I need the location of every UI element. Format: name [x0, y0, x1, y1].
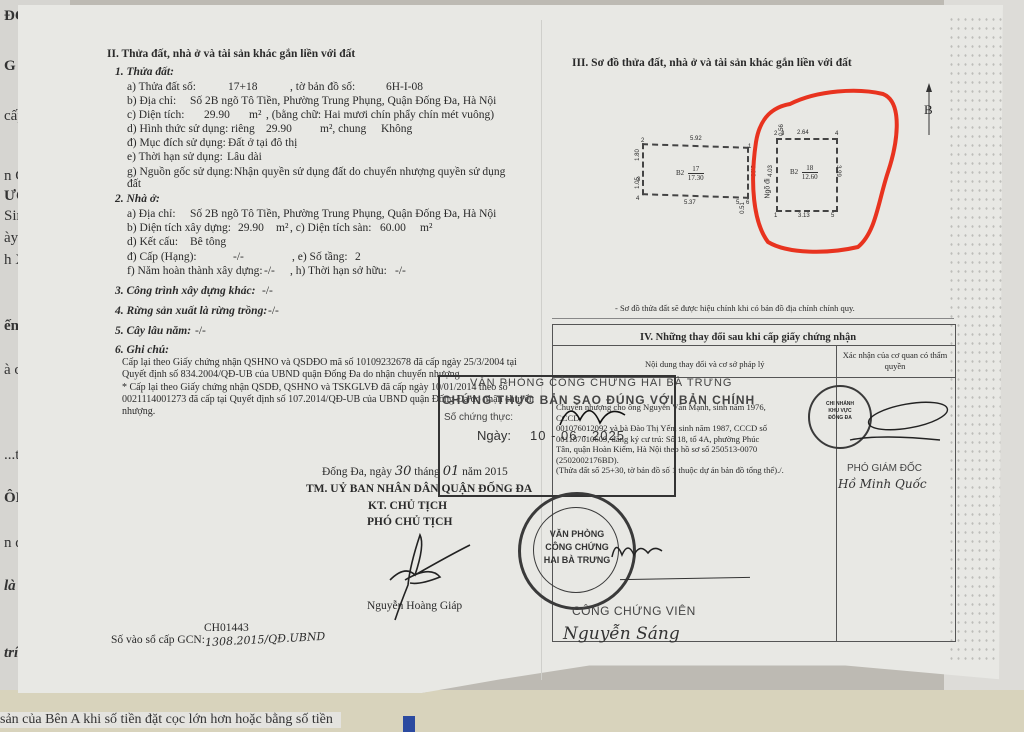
certification-stamp-header: VĂN PHÒNG CÔNG CHỨNG HAI BÀ TRƯNG — [470, 377, 732, 389]
floor-area-value: 60.00 — [380, 222, 406, 234]
copier-speckle — [948, 15, 1008, 665]
usage-shared-value: Không — [381, 123, 412, 135]
underlying-page-bottom-text: sản của Bên A khi số tiền đặt cọc lớn hơ… — [0, 712, 341, 728]
notes-line-1: Cấp lại theo Giấy chứng nhận QSHNO và QS… — [122, 357, 517, 368]
parcel-17-code: B2 — [676, 169, 684, 177]
floors-label: , e) Số tầng: — [292, 251, 348, 263]
forest-value: -/- — [268, 305, 279, 317]
certification-number-label: Số chứng thực: — [444, 412, 513, 423]
land-area-value: 29.90 — [204, 109, 230, 121]
other-construction-label: 3. Công trình xây dựng khác: — [115, 285, 255, 297]
divider — [552, 318, 954, 319]
house-address-value: Số 2B ngõ Tô Tiền, Phường Trung Phụng, Q… — [190, 208, 496, 220]
notes-heading: 6. Ghi chú: — [115, 344, 169, 356]
map-sheet-label: , tờ bản đồ số: — [290, 81, 355, 93]
parcel-17-bottom-dim: 5.37 — [684, 200, 696, 206]
fragment: G — [4, 58, 16, 75]
usage-private-value: 29.90 — [266, 123, 292, 135]
parcel-17-left-upper-dim: 1.80 — [635, 149, 641, 161]
build-area-unit: m² — [276, 222, 288, 234]
notes-line-5: nhượng. — [122, 406, 155, 417]
usage-purpose-label: đ) Mục đích sử dụng: — [127, 137, 226, 149]
approver-signature — [840, 400, 950, 450]
parcel-number-value: 17+18 — [228, 81, 258, 93]
parcel-17-top-dim: 5.92 — [690, 136, 702, 142]
certification-signature — [555, 395, 645, 435]
floors-value: 2 — [355, 251, 361, 263]
red-highlight-circle — [748, 82, 908, 257]
perennial-value: -/- — [195, 325, 206, 337]
map-sheet-value: 6H-I-08 — [386, 81, 423, 93]
approver-title: PHÓ GIÁM ĐỐC — [847, 463, 922, 474]
parcel-17-area: 17.30 — [688, 174, 704, 182]
origin-label: g) Nguồn gốc sử dụng: — [127, 166, 233, 178]
date-day: 30 — [395, 464, 412, 479]
grade-value: -/- — [233, 251, 244, 263]
build-area-value: 29.90 — [238, 222, 264, 234]
structure-value: Bê tông — [190, 236, 226, 248]
certification-date-label: Ngày: — [477, 428, 511, 443]
notary-signature — [608, 535, 668, 565]
forest-label: 4. Rừng sản xuất là rừng trồng: — [115, 305, 267, 317]
land-area-unit: m² — [249, 109, 261, 121]
parcel-17-label: B2 17 17.30 — [676, 165, 704, 182]
section-3-title: III. Sơ đồ thửa đất, nhà ở và tài sản kh… — [572, 57, 852, 69]
blue-folder-edge — [403, 716, 415, 732]
structure-label: d) Kết cấu: — [127, 236, 178, 248]
section-4-title: IV. Những thay đổi sau khi cấp giấy chứn… — [640, 332, 856, 343]
year-built-label: f) Năm hoàn thành xây dựng: — [127, 265, 263, 277]
grade-label: đ) Cấp (Hạng): — [127, 251, 197, 263]
registry-code: CH01443 — [204, 622, 249, 634]
parcel-17-corner-dim: 0.51 — [740, 202, 746, 214]
notary-seal-text: VĂN PHÒNG CÔNG CHỨNG HAI BÀ TRƯNG — [535, 528, 619, 567]
floor-area-unit: m² — [420, 222, 432, 234]
usage-purpose-value: Đất ở tại đô thị — [228, 137, 297, 149]
year-built-value: -/- — [264, 265, 275, 277]
date-month-label: tháng — [414, 466, 440, 478]
usage-shared-label: m², chung — [320, 123, 366, 135]
build-area-label: b) Diện tích xây dựng: — [127, 222, 231, 234]
notary-role: CÔNG CHỨNG VIÊN — [572, 604, 696, 618]
land-area-label: c) Diện tích: — [127, 109, 184, 121]
parcel-17-point-5: 5 — [736, 200, 739, 206]
parcel-17-point-3: 3 — [637, 177, 640, 183]
ownership-term-label: , h) Thời hạn sở hữu: — [290, 265, 387, 277]
signer-name: Nguyễn Hoàng Giáp — [367, 600, 462, 612]
diagram-footnote: - Sơ đồ thửa đất sẽ được hiệu chỉnh khi … — [615, 303, 855, 313]
approver-name: Hồ Minh Quốc — [838, 477, 927, 491]
usage-form-label: d) Hình thức sử dụng: riêng — [127, 123, 255, 135]
changes-col-confirm-header: Xác nhận của cơ quan có thẩm quyền — [840, 350, 950, 372]
other-construction-value: -/- — [262, 285, 273, 297]
land-address-label: b) Địa chỉ: — [127, 95, 176, 107]
usage-term-label: e) Thời hạn sử dụng: — [127, 151, 223, 163]
parcel-17-point-2: 2 — [641, 138, 644, 144]
north-label: B — [924, 102, 933, 118]
signer-role-1: KT. CHỦ TỊCH — [368, 500, 447, 512]
origin-value: Nhận quyền sử dụng đất do chuyển nhượng … — [234, 166, 505, 178]
date-prefix: Đống Đa, ngày — [322, 466, 392, 478]
seal-line: CÔNG CHỨNG — [535, 541, 619, 554]
ownership-term-value: -/- — [395, 265, 406, 277]
section-2-title: II. Thửa đất, nhà ở và tài sản khác gắn … — [107, 48, 355, 60]
floor-area-label: , c) Diện tích sàn: — [290, 222, 371, 234]
land-address-value: Số 2B ngõ Tô Tiền, Phường Trung Phụng, Q… — [190, 95, 496, 107]
land-heading: 1. Thửa đất: — [115, 66, 174, 78]
notary-name: Nguyễn Sáng — [563, 624, 680, 644]
parcel-17-number: 17 — [688, 165, 704, 174]
changes-col-content-header: Nội dung thay đổi và cơ sở pháp lý — [645, 359, 764, 369]
parcel-number-label: a) Thửa đất số: — [127, 81, 196, 93]
usage-term-value: Lâu dài — [227, 151, 262, 163]
origin-value-cont: đất — [127, 178, 141, 190]
seal-line: HAI BÀ TRƯNG — [535, 554, 619, 567]
notes-line-2: Quyết định số 834.2004/QĐ-UB của UBND qu… — [122, 369, 462, 380]
table-line — [553, 345, 955, 346]
perennial-label: 5. Cây lâu năm: — [115, 325, 191, 337]
registry-label: Số vào sổ cấp GCN: — [111, 634, 205, 646]
parcel-17-point-4: 4 — [636, 196, 639, 202]
seal-line: VĂN PHÒNG — [535, 528, 619, 541]
land-area-words: , (bằng chữ: Hai mươi chín phẩy chín mét… — [266, 109, 494, 121]
house-address-label: a) Địa chỉ: — [127, 208, 176, 220]
house-heading: 2. Nhà ở: — [115, 193, 160, 205]
